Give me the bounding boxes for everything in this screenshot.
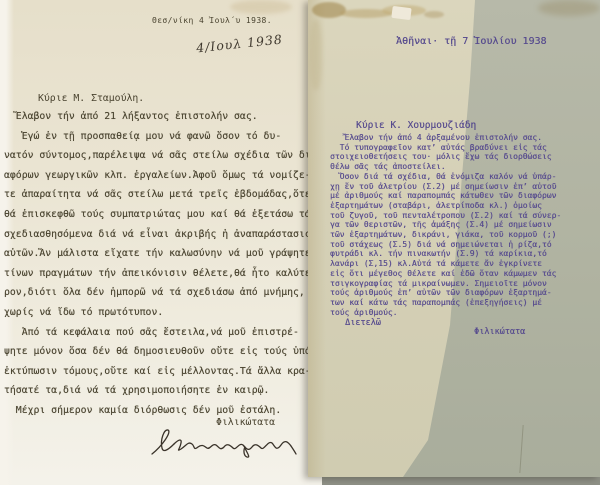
letter-line: τσιγκογραφίας τά μικραίνωμεν. Σημειοῖτε … <box>330 279 561 289</box>
letter-line: θέλω σᾶς τάς ἀποστείλει. <box>330 162 561 172</box>
letter-line: τῶν ἐξαρτημάτων, δικράνι, γιάκα, τοῦ κορ… <box>330 230 561 240</box>
letter-line: τούς ἀριθμούς. <box>330 308 561 318</box>
letter-line: φυτράδι κλ. τήν πινακωτήν (Σ.9) τά καρίκ… <box>330 249 561 259</box>
left-letter-salutation: Κύριε Μ. Σταμούλη. <box>38 93 144 104</box>
letter-line: στοιχειοθετήσεις του· μόλις ἔχω τάς διορ… <box>330 152 561 162</box>
torn-paper-patch <box>391 6 411 20</box>
letter-line: χωρίς νά ἴδω τό πρωτότυπον. <box>4 303 317 323</box>
letter-line: σχεδιασθησόμενα διά νά εἶναι ἀκριβής ἡ ἀ… <box>4 225 317 245</box>
letter-line: Ἀπό τά κεφάλαια πού σᾶς ἔστειλα,νά μοῦ ἐ… <box>4 323 317 343</box>
right-letter-salutation: Κύριε Κ. Χουρμουζιάδη <box>356 120 476 131</box>
right-letter-closing-formula: Διετελῶ <box>345 318 381 328</box>
letter-line: Ὅσον διά τά σχέδια, θά ἐνόμιζα καλόν νά … <box>330 172 561 182</box>
left-letter-dateline: Θεσ/νίκη 4 Ἰουλ΄υ 1938. <box>152 16 272 25</box>
letter-line: τοῦ στάχεως (Σ.5) διά νά σημειώνεται ἡ ρ… <box>330 240 561 250</box>
letter-line: αφόρων γεωργικῶν κλπ. ἐργαλείων.Ἀφοῦ ὅμω… <box>4 166 317 186</box>
page-edge-tint <box>308 0 326 477</box>
letter-line: ρον,διότι ὅλα δέν ἠμπορῶ νά τά σχεδιάσω … <box>4 283 317 303</box>
scanned-letters: Θεσ/νίκη 4 Ἰουλ΄υ 1938. 4/Ιουλ 1938 Κύρι… <box>0 0 600 485</box>
signature: Κ. Χουρμουζιάδης <box>148 424 298 462</box>
letter-line: τίνων πραγμάτων τήν ἀπεικόνισιν θέλετε,θ… <box>4 264 317 284</box>
letter-line: χῃ ἕν τοῦ ἀλετρίου (Σ.2) μέ σημείωσιν ἐπ… <box>330 182 561 192</box>
letter-line: Τό τυπογραφεῖον κατ’ αὐτάς βραδύνει εἰς … <box>330 143 561 153</box>
letter-line: γα τῶν θεριστῶν, τῆς ἁμάξης (Σ.4) μέ σημ… <box>330 220 561 230</box>
letter-line: θά ἐπισκεφθῶ τούς συμπατριώτας μου καί θ… <box>4 205 317 225</box>
letter-line: νατόν σύντομος,παρέλειψα νά σᾶς στείλω σ… <box>4 146 317 166</box>
letter-line: Ἐγώ ἐν τῇ προσπαθείᾳ μου νά φανῶ ὅσον τό… <box>4 127 317 147</box>
right-letter-closing-salute: Φιλικώτατα <box>474 327 525 337</box>
letter-line: τούς ἀριθμούς ἐπ’ αὐτῶν τῶν διαφόρων ἐξα… <box>330 288 561 298</box>
letter-line: τήσατέ τα,διά νά τά χρησιμοποιήσητε ἐν κ… <box>4 381 317 401</box>
letter-line: Ἔλαβον τήν ἀπό 21 λήξαντος ἐπιστολήν σας… <box>4 107 317 127</box>
right-letter-body: Ἔλαβον τήν ἀπό 4 ἀρξαμένου ἐπιστολήν σας… <box>330 133 561 317</box>
left-letter-body: Ἔλαβον τήν ἀπό 21 λήξαντος ἐπιστολήν σας… <box>4 107 317 421</box>
letter-line: των καί κάτω τάς παραπομπάς (ἐπεξηγήσεις… <box>330 298 561 308</box>
letter-line: εἰς ὅτι μέγεθος θέλετε καί ἐδῶ ὅταν κάμω… <box>330 269 561 279</box>
letter-line: Ἔλαβον τήν ἀπό 4 ἀρξαμένου ἐπιστολήν σας… <box>330 133 561 143</box>
letter-line: τοῦ ζυγοῦ, τοῦ πενταλέτροπου (Σ.2) καί τ… <box>330 211 561 221</box>
letter-line: μέ ἀριθμούς καί παραπομπάς κάτωθεν τῶν δ… <box>330 191 561 201</box>
letter-line: λανάρι (Σ,15) κλ.Αὐτά τά κάμετε ἄν ἐγκρί… <box>330 259 561 269</box>
letter-line: ψητε μόνον ὅσα δέν θά δημοσιευθοῦν οὔτε … <box>4 342 317 362</box>
letter-line: τε ἀπαραίτητα νά σᾶς στείλω μετά τρεῖς ἑ… <box>4 185 317 205</box>
letter-line: ἐξαρτημάτων (σταβάρι, ἀλετρίποδα κλ.) ὁμ… <box>330 201 561 211</box>
letter-line: αὐτῶν.Ἄν μάλιστα εἴχατε τήν καλωσύνην νά… <box>4 244 317 264</box>
letter-line: ἐκτύπωσιν τόμους,οὔτε καί εἰς μέλλοντας.… <box>4 362 317 382</box>
right-letter-dateline: Ἀθῆναι· τῇ 7 Ἰουλίου 1938 <box>396 36 547 47</box>
